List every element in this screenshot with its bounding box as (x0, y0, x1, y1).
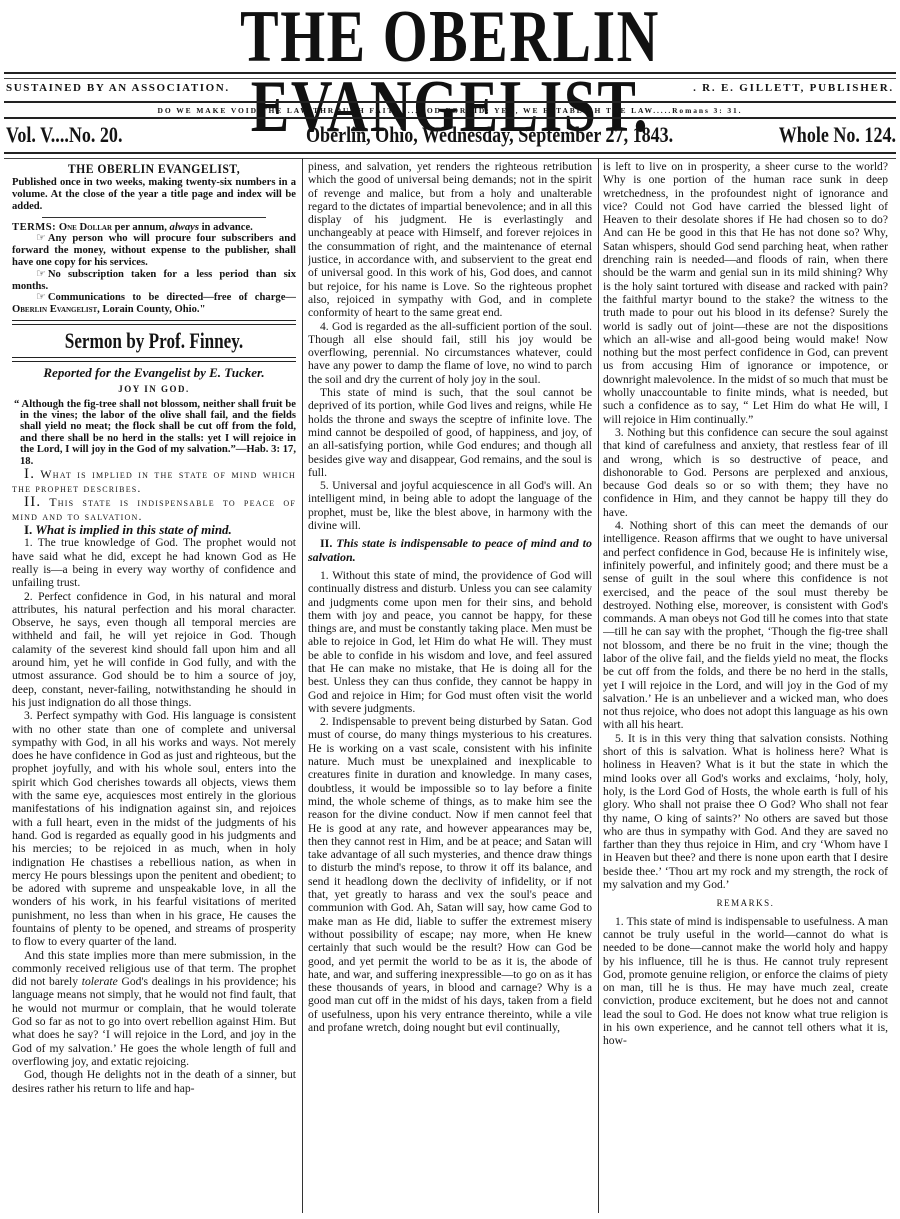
outline-point: II. This state is indispensable to peace… (12, 495, 296, 523)
publisher-line: . R. E. GILLETT, PUBLISHER. (693, 82, 894, 94)
masthead-subline: SUSTAINED BY AN ASSOCIATION. . R. E. GIL… (6, 82, 894, 96)
paragraph: 1. Without this state of mind, the provi… (308, 569, 592, 715)
publication-notice: Published once in two weeks, making twen… (12, 177, 296, 212)
paragraph: 4. God is regarded as the all-sufficient… (308, 320, 592, 386)
address-name: Oberlin Evangelist (12, 304, 97, 315)
sermon-subject: JOY IN GOD. (12, 383, 296, 396)
paragraph: 4. Nothing short of this can meet the de… (603, 519, 888, 732)
pointing-hand-icon: ☞ (24, 292, 46, 304)
column-2: piness, and salvation, yet renders the r… (308, 160, 592, 1219)
divider (12, 357, 296, 362)
notice-box-title: THE OBERLIN EVANGELIST, (26, 162, 282, 175)
notice-box: Published once in two weeks, making twen… (12, 177, 296, 316)
paragraph: 3. Nothing but this confidence can secur… (603, 426, 888, 519)
paragraph: 3. Perfect sympathy with God. His langua… (12, 709, 296, 948)
article-byline: Reported for the Evangelist by E. Tucker… (12, 366, 296, 379)
notice-item: ☞No subscription taken for a less period… (12, 269, 296, 293)
section-heading: II. This state is indispensable to peace… (308, 537, 592, 564)
paragraph: 5. Universal and joyful acquiescence in … (308, 479, 592, 532)
whole-number: Whole No. 124. (779, 123, 896, 147)
newspaper-page: THE OBERLIN EVANGELIST. SUSTAINED BY AN … (0, 0, 900, 1219)
remarks-heading: REMARKS. (603, 897, 888, 910)
column-divider (302, 158, 303, 1213)
pointing-hand-icon: ☞ (24, 233, 46, 245)
association-line: SUSTAINED BY AN ASSOCIATION. (6, 82, 230, 94)
paragraph: 5. It is in this very thing that salvati… (603, 732, 888, 892)
column-1: THE OBERLIN EVANGELIST, Published once i… (12, 160, 296, 1219)
outline-point: I. What is implied in the state of mind … (12, 467, 296, 495)
paragraph: And this state implies more than mere su… (12, 949, 296, 1069)
section-heading: I. What is implied in this state of mind… (12, 523, 296, 536)
paragraph: 2. Perfect confidence in God, in his nat… (12, 590, 296, 710)
pointing-hand-icon: ☞ (24, 269, 46, 281)
dateline: Vol. V....No. 20. Oberlin, Ohio, Wednesd… (6, 123, 896, 147)
dateline-rule (4, 152, 896, 159)
motto-top-rule (4, 101, 896, 103)
volume-number: Vol. V....No. 20. (6, 123, 122, 147)
paragraph: This state of mind is such, that the sou… (308, 386, 592, 479)
divider (42, 217, 266, 218)
masthead-rule (4, 72, 896, 79)
scripture-quote: “ Although the fig-tree shall not blosso… (12, 399, 296, 467)
motto-bottom-rule (4, 117, 896, 119)
terms-line: TERMS: One Dollar per annum, always in a… (12, 222, 296, 234)
paragraph: is left to live on in prosperity, a shee… (603, 160, 888, 426)
divider (12, 320, 296, 325)
paragraph: God, though He delights not in the death… (12, 1068, 296, 1095)
article-headline: Sermon by Prof. Finney. (43, 329, 265, 353)
paragraph: 1. The true knowledge of God. The prophe… (12, 536, 296, 589)
paragraph: 1. This state of mind is indispensable t… (603, 915, 888, 1048)
notice-item: ☞Communications to be directed—free of c… (12, 292, 296, 316)
price: One Dollar (59, 222, 112, 233)
paragraph: piness, and salvation, yet renders the r… (308, 160, 592, 320)
masthead-motto: DO WE MAKE VOID THE LAW THROUGH FAITH?..… (0, 106, 900, 115)
column-3: is left to live on in prosperity, a shee… (603, 160, 888, 1219)
issue-date: Oberlin, Ohio, Wednesday, September 27, … (306, 123, 673, 147)
notice-item: ☞Any person who will procure four subscr… (12, 233, 296, 268)
paragraph: 2. Indispensable to prevent being distur… (308, 715, 592, 1034)
column-divider (598, 158, 599, 1213)
